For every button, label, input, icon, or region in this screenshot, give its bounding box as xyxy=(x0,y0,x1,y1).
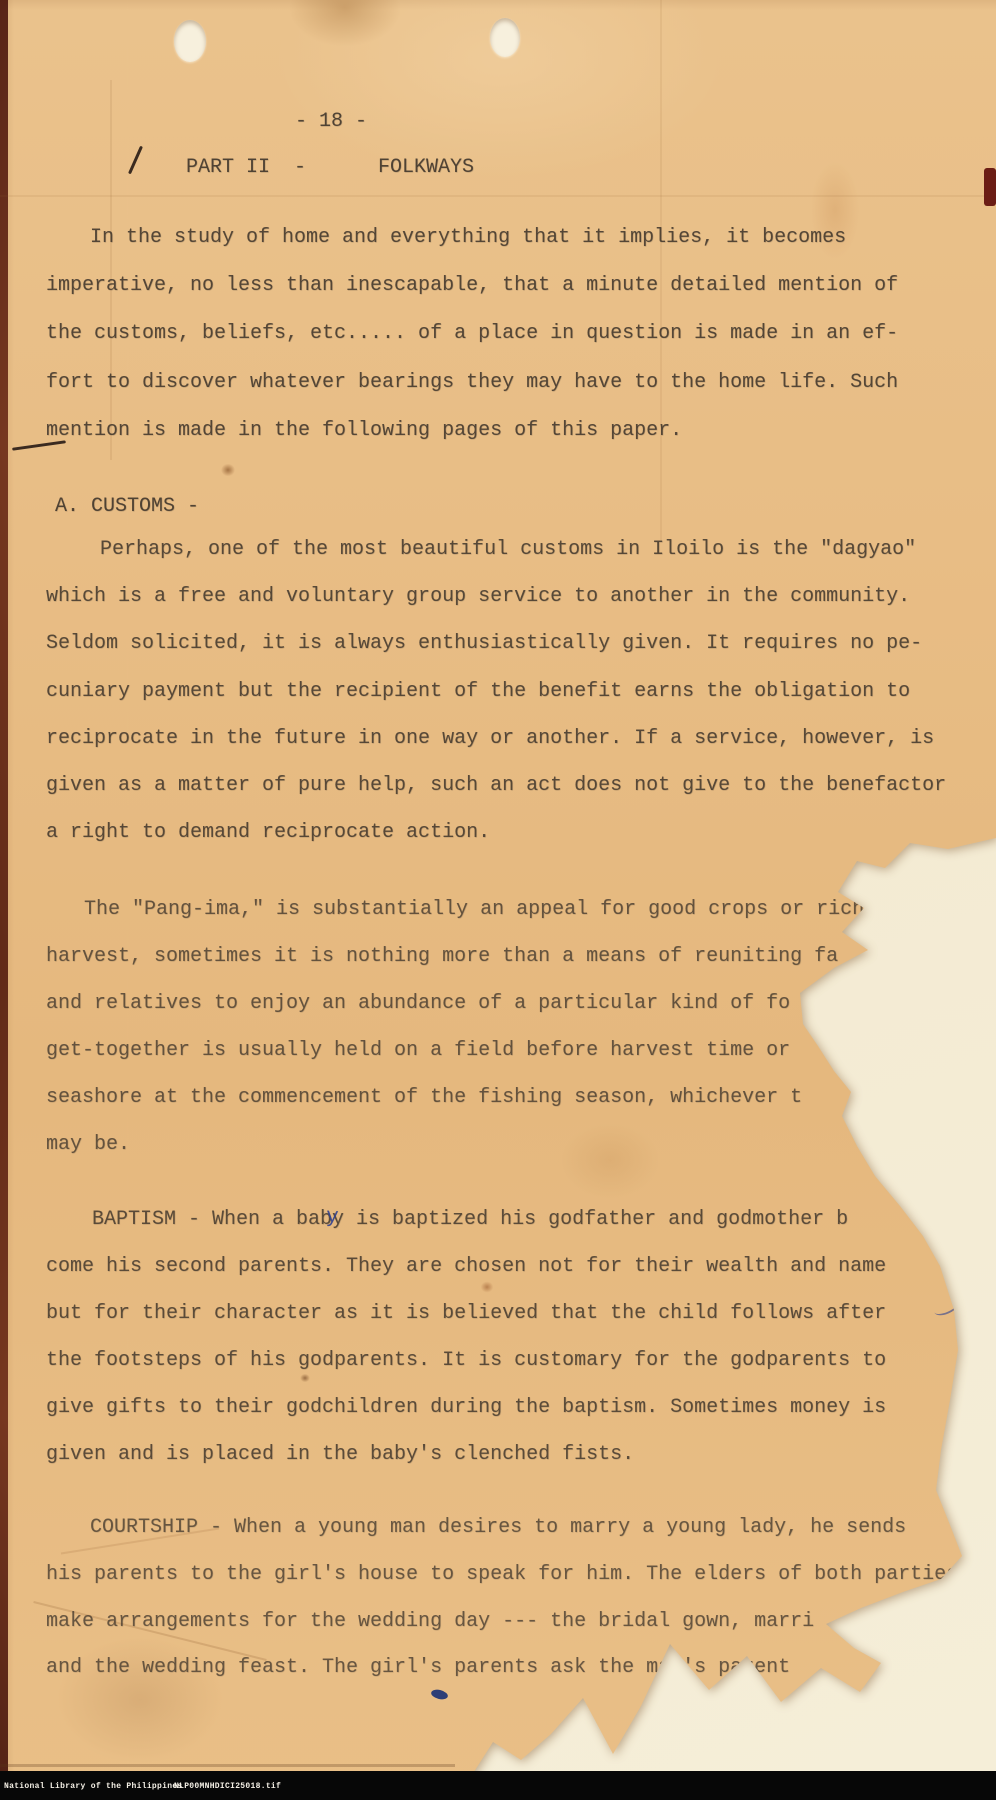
fold-crease xyxy=(110,80,112,460)
pen-mark xyxy=(128,146,143,175)
text-line: which is a free and voluntary group serv… xyxy=(46,585,910,608)
text-line: the customs, beliefs, etc..... of a plac… xyxy=(46,322,898,345)
text-line: In the study of home and everything that… xyxy=(90,226,846,249)
text-line: and relatives to enjoy an abundance of a… xyxy=(46,992,790,1015)
torn-paper-sheet: - 18 -PART II - FOLKWAYSIn the study of … xyxy=(0,0,996,1800)
punch-hole xyxy=(174,20,206,62)
page-number: - 18 - xyxy=(295,110,367,133)
section-heading: A. CUSTOMS - xyxy=(55,495,199,518)
text-line: imperative, no less than inescapable, th… xyxy=(46,274,898,297)
text-line: Seldom solicited, it is always enthusias… xyxy=(46,632,922,655)
red-edge-mark xyxy=(984,168,996,206)
text-line: given as a matter of pure help, such an … xyxy=(46,774,946,797)
text-line: get-together is usually held on a field … xyxy=(46,1039,790,1062)
punch-hole xyxy=(490,18,520,57)
text-line: and the wedding feast. The girl's parent… xyxy=(46,1656,790,1679)
text-line: COURTSHIP - When a young man desires to … xyxy=(90,1516,906,1539)
scan-filename: NLP00MNHDICI25018.tif xyxy=(174,1782,281,1791)
fold-crease xyxy=(0,1764,455,1767)
paper-wrap: - 18 -PART II - FOLKWAYSIn the study of … xyxy=(0,0,996,1800)
part-title: PART II - FOLKWAYS xyxy=(186,156,474,179)
fold-crease xyxy=(660,0,662,540)
text-line: seashore at the commencement of the fish… xyxy=(46,1086,802,1109)
text-line: Perhaps, one of the most beautiful custo… xyxy=(100,538,916,561)
binding-edge-stain xyxy=(0,0,8,1772)
scan-footer-bar: National Library of the Philippines NLP0… xyxy=(0,1771,996,1800)
fold-crease xyxy=(0,195,996,197)
text-line: a right to demand reciprocate action. xyxy=(46,821,490,844)
blue-ink-overwrite: y xyxy=(325,1206,339,1230)
text-line: fort to discover whatever bearings they … xyxy=(46,371,898,394)
pen-mark xyxy=(12,440,66,450)
library-label: National Library of the Philippines xyxy=(4,1782,183,1791)
text-line: BAPTISM - When a baby is baptized his go… xyxy=(92,1208,848,1231)
text-line: cuniary payment but the recipient of the… xyxy=(46,680,910,703)
text-line: but for their character as it is believe… xyxy=(46,1302,886,1325)
scanned-document-page: - 18 -PART II - FOLKWAYSIn the study of … xyxy=(0,0,996,1800)
text-line: make arrangements for the wedding day --… xyxy=(46,1610,814,1633)
text-line: come his second parents. They are chosen… xyxy=(46,1255,886,1278)
text-line: give gifts to their godchildren during t… xyxy=(46,1396,886,1419)
text-line: the footsteps of his godparents. It is c… xyxy=(46,1349,886,1372)
text-line: his parents to the girl's house to speak… xyxy=(46,1563,958,1586)
text-line: The "Pang-ima," is substantially an appe… xyxy=(84,898,864,921)
text-line: may be. xyxy=(46,1133,130,1156)
text-line: harvest, sometimes it is nothing more th… xyxy=(46,945,838,968)
text-line: mention is made in the following pages o… xyxy=(46,419,682,442)
text-line: reciprocate in the future in one way or … xyxy=(46,727,934,750)
text-line: given and is placed in the baby's clench… xyxy=(46,1443,634,1466)
blue-ink-mark xyxy=(931,1295,960,1318)
